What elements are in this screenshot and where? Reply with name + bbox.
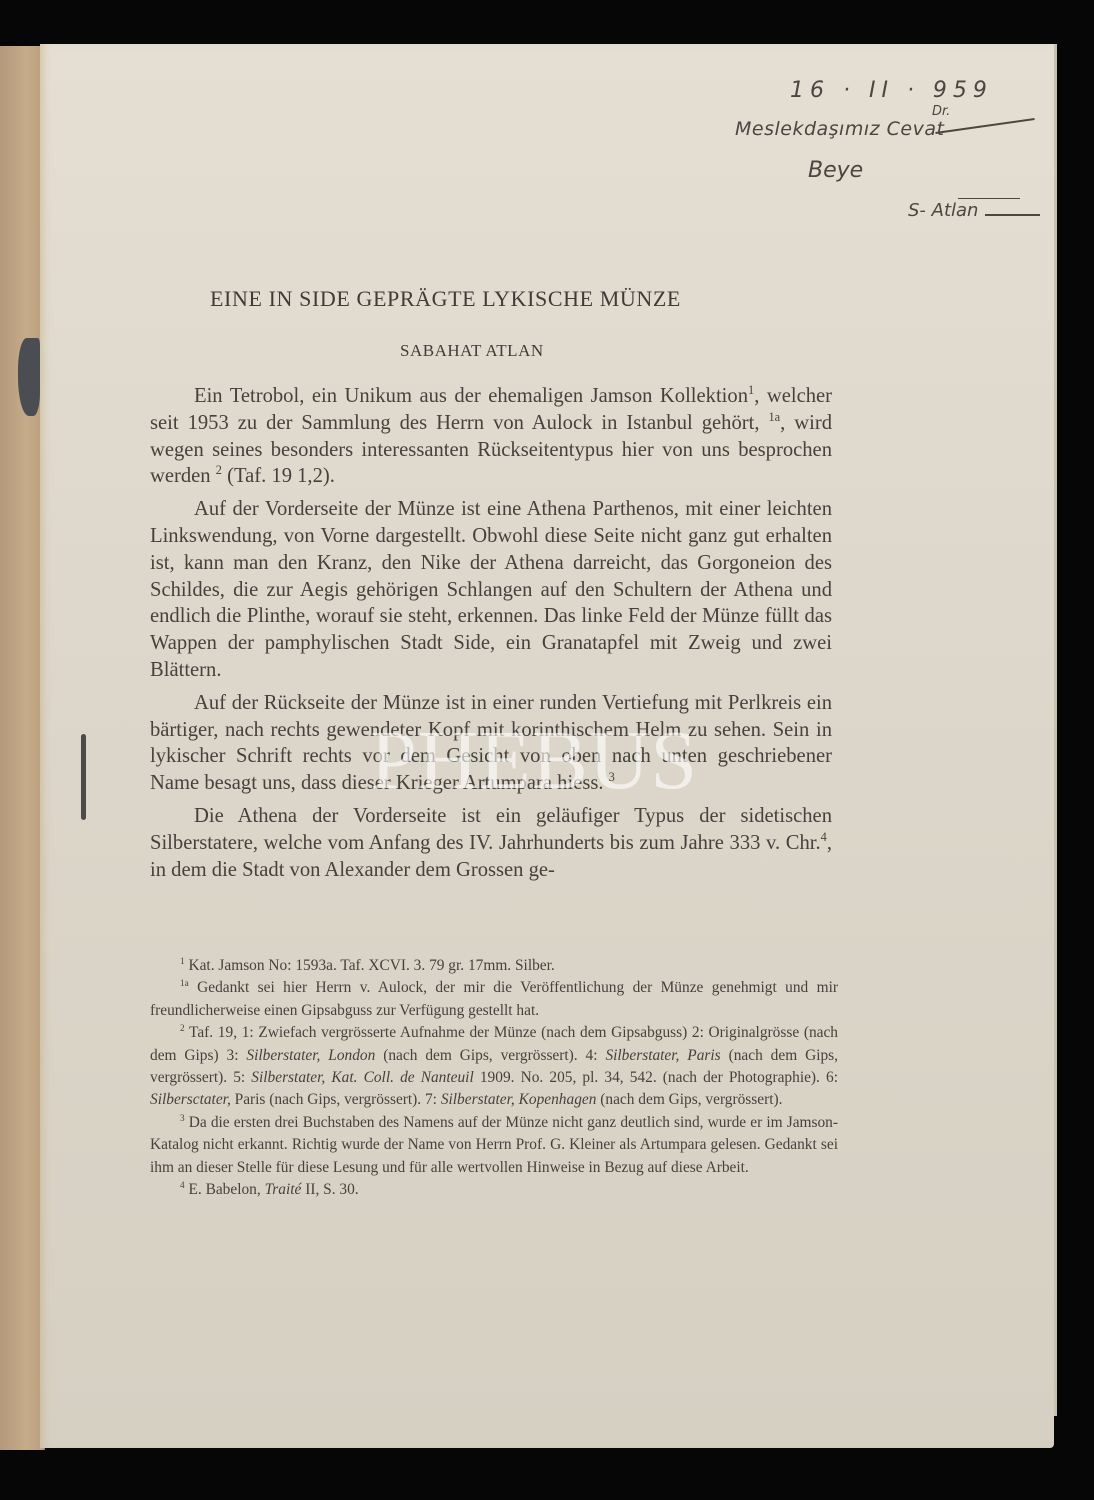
footnote-1a: 1a Gedankt sei hier Herrn v. Aulock, der… xyxy=(150,977,838,1022)
article-title: EINE IN SIDE GEPRÄGTE LYKISCHE MÜNZE xyxy=(210,286,770,312)
footnotes: 1 Kat. Jamson No: 1593a. Taf. XCVI. 3. 7… xyxy=(150,955,838,1201)
paragraph-2: Auf der Vorderseite der Münze ist eine A… xyxy=(150,496,832,684)
article-body: Ein Tetrobol, ein Unikum aus der ehemali… xyxy=(150,383,832,889)
signature-underline xyxy=(985,214,1040,216)
paragraph-4: Die Athena der Vorderseite ist ein geläu… xyxy=(150,803,832,883)
handwritten-dedication: Meslekdaşımız Cevat xyxy=(735,118,944,140)
signature-overline xyxy=(958,198,1020,199)
paragraph-3: Auf der Rückseite der Münze ist in einer… xyxy=(150,690,832,797)
footnote-3: 3 Da die ersten drei Buchstaben des Name… xyxy=(150,1112,838,1179)
booklet-cover-strip xyxy=(0,46,45,1450)
staple xyxy=(81,734,86,820)
footnote-ref: 3 xyxy=(609,770,615,784)
footnote-4: 4 E. Babelon, Traité II, S. 30. xyxy=(150,1179,838,1201)
footnote-2: 2 Taf. 19, 1: Zwiefach vergrösserte Aufn… xyxy=(150,1022,838,1112)
article-author: SABAHAT ATLAN xyxy=(400,341,544,361)
paragraph-1: Ein Tetrobol, ein Unikum aus der ehemali… xyxy=(150,383,832,490)
footnote-1: 1 Kat. Jamson No: 1593a. Taf. XCVI. 3. 7… xyxy=(150,955,838,977)
handwritten-signature: S- Atlan xyxy=(908,200,978,221)
handwritten-date: 16 · II · 959 xyxy=(790,78,993,103)
handwritten-salutation: Beye xyxy=(808,158,863,183)
torn-cover-patch xyxy=(18,338,40,416)
handwritten-insert: Dr. xyxy=(932,104,950,119)
footnote-ref: 1a xyxy=(768,410,780,424)
